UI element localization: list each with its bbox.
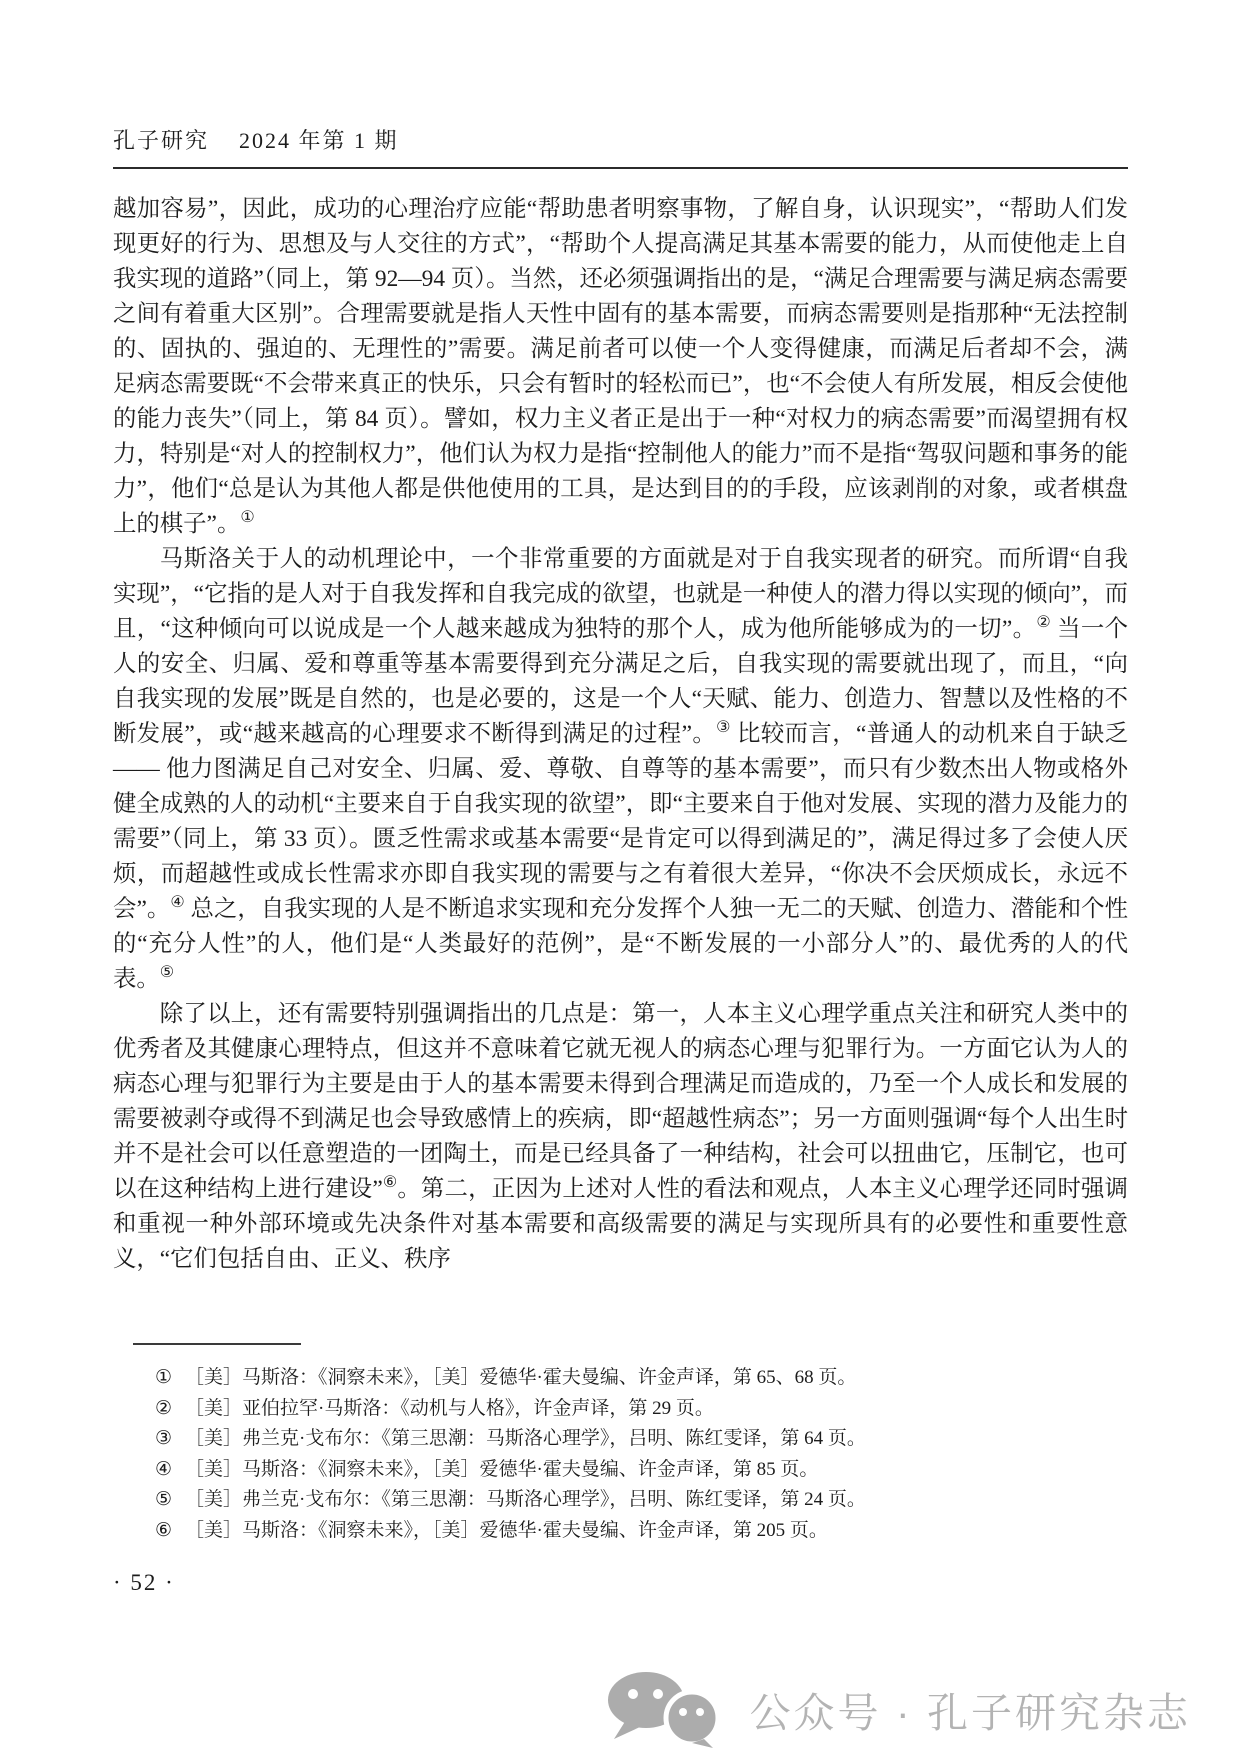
footnote-item: ①［美］马斯洛：《洞察未来》，［美］爱德华·霍夫曼编、许金声译，第 65、68 … [155, 1363, 1128, 1394]
footnote-list: ①［美］马斯洛：《洞察未来》，［美］爱德华·霍夫曼编、许金声译，第 65、68 … [113, 1363, 1128, 1546]
footnote-ref: ④ [170, 894, 184, 911]
body-text: 除了以上，还有需要特别强调指出的几点是：第一，人本主义心理学重点关注和研究人类中… [113, 1001, 1128, 1202]
page-number: · 52 · [113, 1570, 1128, 1596]
body-text: 马斯洛关于人的动机理论中，一个非常重要的方面就是对于自我实现者的研究。而所谓“自… [113, 546, 1128, 642]
footnote-number: ② [155, 1394, 172, 1425]
footnote-ref: ③ [716, 719, 731, 736]
footnote-text: ［美］弗兰克·戈布尔：《第三思潮：马斯洛心理学》，吕明、陈红雯译，第 24 页。 [185, 1485, 866, 1516]
paragraph: 马斯洛关于人的动机理论中，一个非常重要的方面就是对于自我实现者的研究。而所谓“自… [113, 542, 1128, 997]
body-text: 比较而言，“普通人的动机来自于缺乏 —— 他力图满足自己对安全、归属、爱、尊敬、… [113, 721, 1128, 922]
wechat-icon [604, 1670, 728, 1748]
watermark: 公众号 · 孔子研究杂志 [604, 1670, 1191, 1748]
paragraph: 越加容易”，因此，成功的心理治疗应能“帮助患者明察事物，了解自身，认识现实”，“… [113, 192, 1128, 542]
footnote-item: ⑤［美］弗兰克·戈布尔：《第三思潮：马斯洛心理学》，吕明、陈红雯译，第 24 页… [155, 1485, 1128, 1516]
footnote-number: ⑤ [155, 1485, 172, 1516]
footnote-number: ① [155, 1363, 172, 1394]
footnote-text: ［美］马斯洛：《洞察未来》，［美］爱德华·霍夫曼编、许金声译，第 65、68 页… [185, 1363, 856, 1394]
footnote-text: ［美］亚伯拉罕·马斯洛：《动机与人格》，许金声译，第 29 页。 [185, 1394, 714, 1425]
footnote-text: ［美］马斯洛：《洞察未来》，［美］爱德华·霍夫曼编、许金声译，第 205 页。 [185, 1516, 828, 1547]
article-body: 越加容易”，因此，成功的心理治疗应能“帮助患者明察事物，了解自身，认识现实”，“… [113, 192, 1128, 1277]
body-text: 越加容易”，因此，成功的心理治疗应能“帮助患者明察事物，了解自身，认识现实”，“… [113, 196, 1128, 537]
paragraph: 除了以上，还有需要特别强调指出的几点是：第一，人本主义心理学重点关注和研究人类中… [113, 997, 1128, 1277]
footnote-text: ［美］弗兰克·戈布尔：《第三思潮：马斯洛心理学》，吕明、陈红雯译，第 64 页。 [185, 1424, 866, 1455]
running-head: 孔子研究 2024 年第 1 期 [113, 124, 1128, 169]
footnote-ref: ⑤ [160, 964, 174, 981]
footnote-item: ②［美］亚伯拉罕·马斯洛：《动机与人格》，许金声译，第 29 页。 [155, 1394, 1128, 1425]
footnote-number: ④ [155, 1455, 172, 1486]
footnote-number: ⑥ [155, 1516, 172, 1547]
footnote-separator [133, 1343, 301, 1345]
footnote-ref: ② [1036, 614, 1051, 631]
footnote-ref: ① [240, 509, 254, 526]
footnote-item: ④［美］马斯洛：《洞察未来》，［美］爱德华·霍夫曼编、许金声译，第 85 页。 [155, 1455, 1128, 1486]
footnote-item: ③［美］弗兰克·戈布尔：《第三思潮：马斯洛心理学》，吕明、陈红雯译，第 64 页… [155, 1424, 1128, 1455]
journal-page: 孔子研究 2024 年第 1 期 越加容易”，因此，成功的心理治疗应能“帮助患者… [0, 0, 1241, 1754]
footnote-ref: ⑥ [383, 1174, 398, 1191]
issue-label: 2024 年第 1 期 [239, 124, 399, 155]
footnote-text: ［美］马斯洛：《洞察未来》，［美］爱德华·霍夫曼编、许金声译，第 85 页。 [185, 1455, 818, 1486]
footnote-item: ⑥［美］马斯洛：《洞察未来》，［美］爱德华·霍夫曼编、许金声译，第 205 页。 [155, 1516, 1128, 1547]
body-text: 总之，自我实现的人是不断追求实现和充分发挥个人独一无二的天赋、创造力、潜能和个性… [113, 896, 1128, 992]
watermark-text: 公众号 · 孔子研究杂志 [750, 1680, 1191, 1739]
journal-title: 孔子研究 [113, 124, 209, 155]
footnote-number: ③ [155, 1424, 172, 1455]
